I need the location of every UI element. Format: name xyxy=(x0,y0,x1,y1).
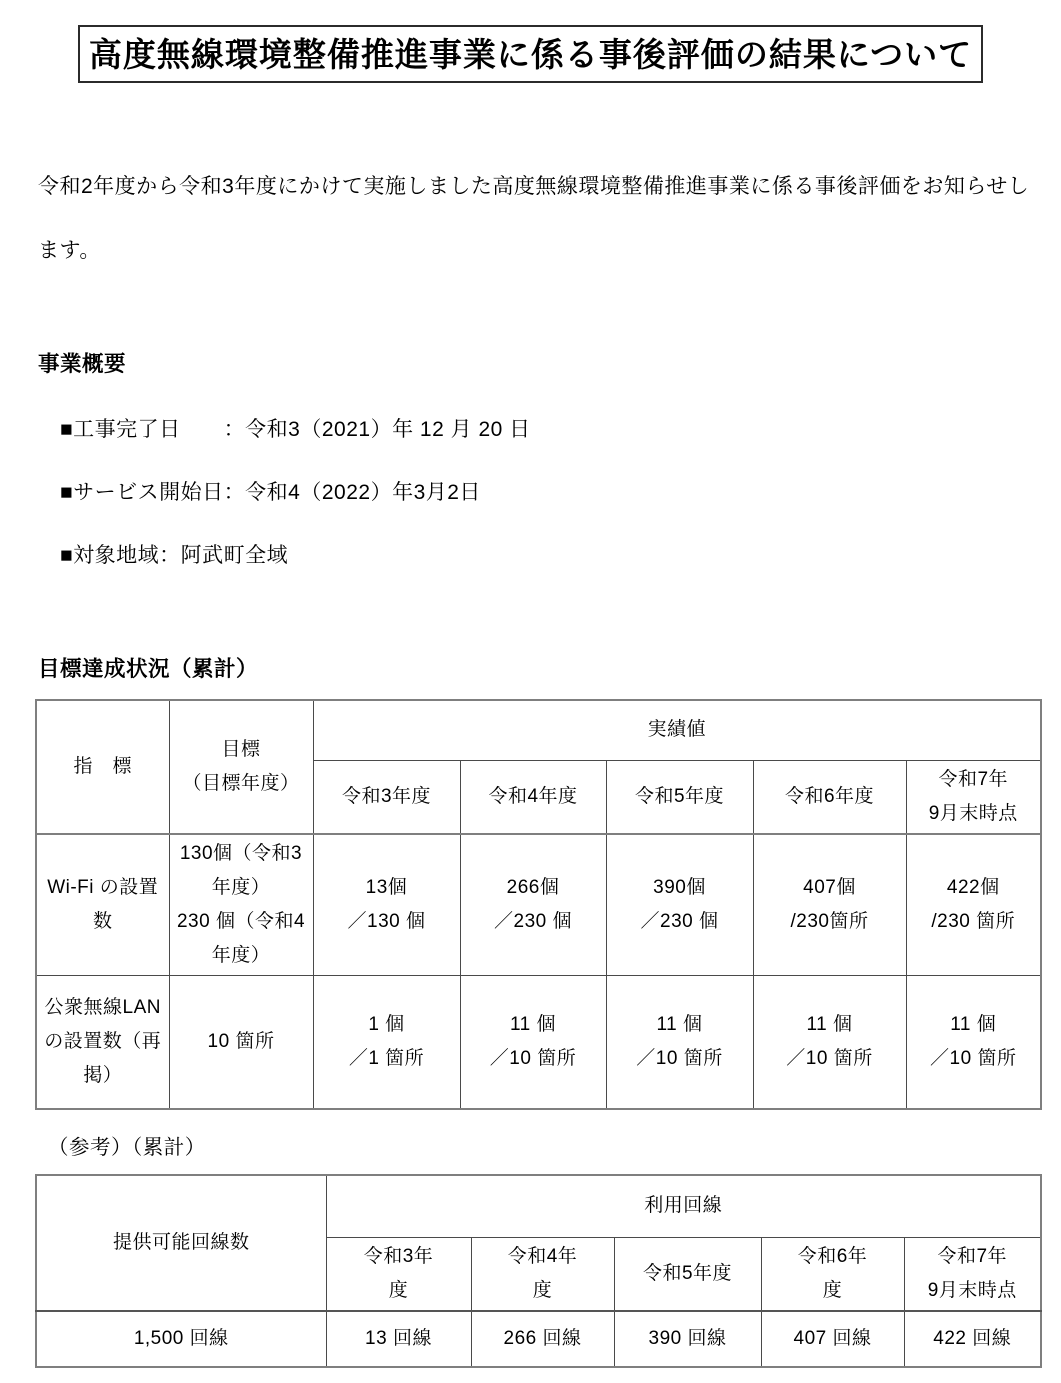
ref-header-year-r7: 令和7年 9月末時点 xyxy=(904,1237,1041,1311)
ref-value-r3: 13 回線 xyxy=(326,1311,471,1367)
ref-data-row: 1,500 回線 13 回線 266 回線 390 回線 407 回線 422 … xyxy=(36,1311,1041,1367)
goal-header-indicator: 指 標 xyxy=(36,700,169,834)
goal-header-year-r4: 令和4年度 xyxy=(460,760,606,834)
goal-wifi-value-r7: 422個 /230 箇所 xyxy=(906,834,1041,976)
overview-item-target-area: ■対象地域：阿武町全域 xyxy=(60,544,1061,568)
document-title-box: 高度無線環境整備推進事業に係る事後評価の結果について xyxy=(78,25,983,83)
goal-header-actual: 実績値 xyxy=(313,700,1041,760)
goal-wifi-value-r4: 266個 ／230 個 xyxy=(460,834,606,976)
goal-header-year-r7: 令和7年 9月末時点 xyxy=(906,760,1041,834)
ref-header-usage: 利用回線 xyxy=(326,1175,1041,1237)
goal-lan-value-r5: 11 個 ／10 箇所 xyxy=(606,975,753,1109)
goal-header-target: 目標 （目標年度） xyxy=(169,700,313,834)
section-heading-goal-status: 目標達成状況（累計） xyxy=(38,652,1061,683)
ref-header-year-r5: 令和5年度 xyxy=(614,1237,761,1311)
document-page: 高度無線環境整備推進事業に係る事後評価の結果について 令和2年度から令和3年度に… xyxy=(0,0,1061,1383)
document-title: 高度無線環境整備推進事業に係る事後評価の結果について xyxy=(89,36,972,73)
goal-header-year-r6: 令和6年度 xyxy=(753,760,906,834)
goal-lan-target: 10 箇所 xyxy=(169,975,313,1109)
goal-wifi-indicator: Wi-Fi の設置数 xyxy=(36,834,169,976)
goal-header-year-r5: 令和5年度 xyxy=(606,760,753,834)
ref-header-year-r6: 令和6年 度 xyxy=(761,1237,904,1311)
goal-lan-value-r3: 1 個 ／1 箇所 xyxy=(313,975,460,1109)
goal-wifi-value-r5: 390個 ／230 個 xyxy=(606,834,753,976)
goal-row-wifi: Wi-Fi の設置数 130個（令和3年度） 230 個（令和4年度） 13個 … xyxy=(36,834,1041,976)
ref-header-year-r3: 令和3年 度 xyxy=(326,1237,471,1311)
goal-lan-value-r6: 11 個 ／10 箇所 xyxy=(753,975,906,1109)
goal-lan-indicator: 公衆無線LAN の設置数（再掲） xyxy=(36,975,169,1109)
overview-item-completion-date: ■工事完了日 ：令和3（2021）年 12 月 20 日 xyxy=(60,418,1061,442)
ref-value-r7: 422 回線 xyxy=(904,1311,1041,1367)
goal-wifi-value-r3: 13個 ／130 個 xyxy=(313,834,460,976)
ref-value-r4: 266 回線 xyxy=(471,1311,614,1367)
overview-list: ■工事完了日 ：令和3（2021）年 12 月 20 日 ■サービス開始日：令和… xyxy=(60,418,1061,568)
goal-lan-value-r7: 11 個 ／10 箇所 xyxy=(906,975,1041,1109)
ref-header-capacity: 提供可能回線数 xyxy=(36,1175,326,1311)
goal-wifi-value-r6: 407個 /230箇所 xyxy=(753,834,906,976)
reference-table: 提供可能回線数 利用回線 令和3年 度 令和4年 度 令和5年度 令和6年 度 … xyxy=(35,1174,1042,1368)
goal-row-public-lan: 公衆無線LAN の設置数（再掲） 10 箇所 1 個 ／1 箇所 11 個 ／1… xyxy=(36,975,1041,1109)
goal-lan-value-r4: 11 個 ／10 箇所 xyxy=(460,975,606,1109)
intro-paragraph: 令和2年度から令和3年度にかけて実施しました高度無線環境整備推進事業に係る事後評… xyxy=(38,155,1041,283)
goal-header-year-r3: 令和3年度 xyxy=(313,760,460,834)
ref-value-r6: 407 回線 xyxy=(761,1311,904,1367)
ref-value-r5: 390 回線 xyxy=(614,1311,761,1367)
ref-header-year-r4: 令和4年 度 xyxy=(471,1237,614,1311)
goal-wifi-target: 130個（令和3年度） 230 個（令和4年度） xyxy=(169,834,313,976)
ref-capacity-value: 1,500 回線 xyxy=(36,1311,326,1367)
goal-achievement-table: 指 標 目標 （目標年度） 実績値 令和3年度 令和4年度 令和5年度 令和6年… xyxy=(35,699,1042,1110)
overview-item-service-start-date: ■サービス開始日：令和4（2022）年3月2日 xyxy=(60,481,1061,505)
reference-heading: （参考）（累計） xyxy=(48,1130,1061,1160)
section-heading-overview: 事業概要 xyxy=(38,347,1061,378)
